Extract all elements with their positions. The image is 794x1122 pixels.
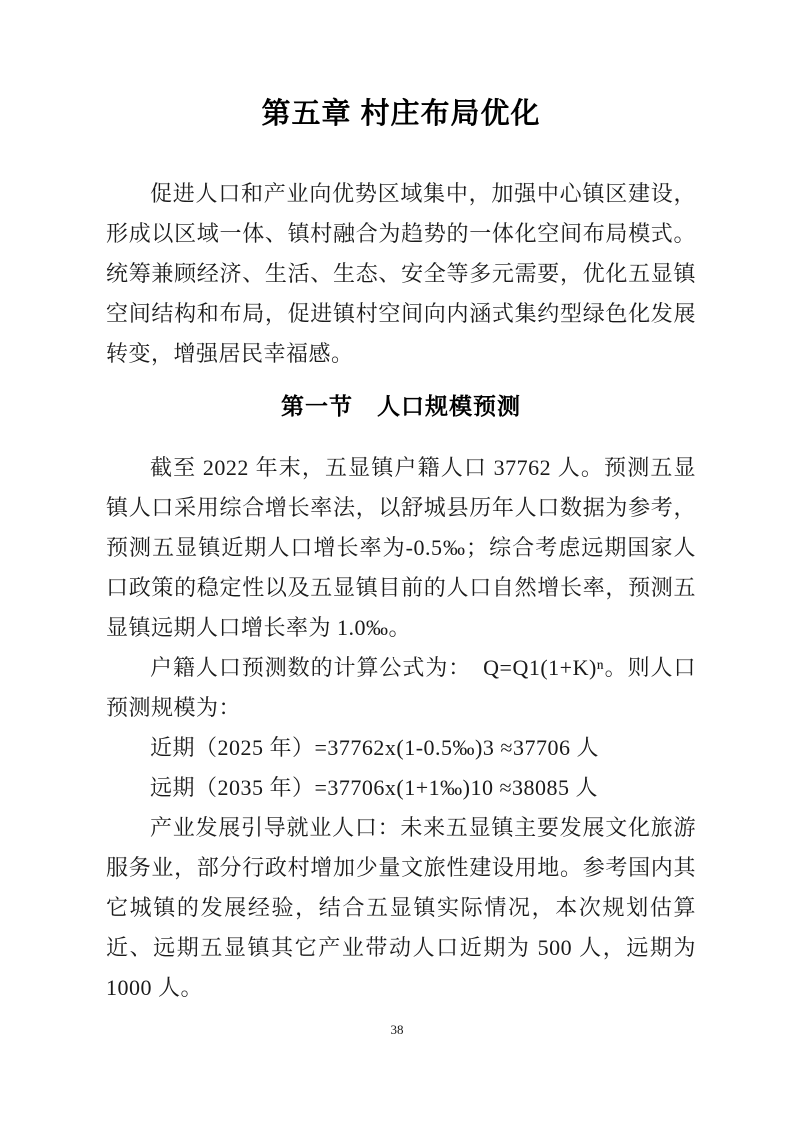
formula-near-term: 近期（2025 年）=37762x(1-0.5‰)3 ≈37706 人 (106, 728, 696, 768)
formula-lead-paragraph: 户籍人口预测数的计算公式为： Q=Q1(1+K)ⁿ。则人口预测规模为： (106, 648, 696, 728)
page-number: 38 (0, 1022, 794, 1038)
population-forecast-paragraph: 截至 2022 年末，五显镇户籍人口 37762 人。预测五显镇人口采用综合增长… (106, 448, 696, 648)
section-title: 第一节 人口规模预测 (106, 386, 696, 426)
chapter-title: 第五章 村庄布局优化 (106, 94, 696, 134)
document-page: 第五章 村庄布局优化 促进人口和产业向优势区域集中，加强中心镇区建设，形成以区域… (0, 0, 794, 1122)
industry-population-paragraph: 产业发展引导就业人口：未来五显镇主要发展文化旅游服务业，部分行政村增加少量文旅性… (106, 808, 696, 1008)
formula-long-term: 远期（2035 年）=37706x(1+1‰)10 ≈38085 人 (106, 768, 696, 808)
intro-paragraph: 促进人口和产业向优势区域集中，加强中心镇区建设，形成以区域一体、镇村融合为趋势的… (106, 174, 696, 374)
